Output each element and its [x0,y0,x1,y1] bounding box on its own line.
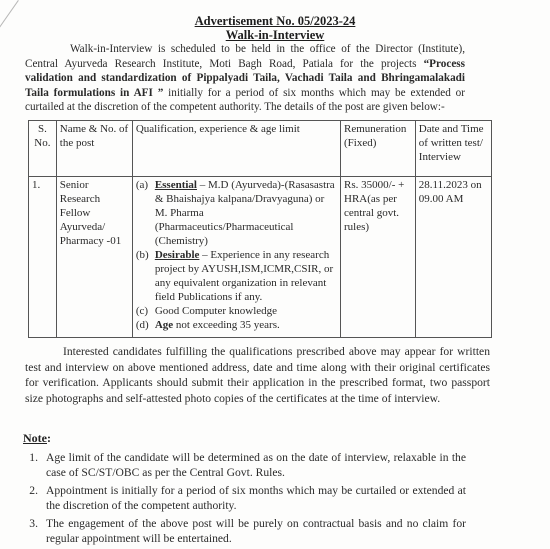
qualification-age: (d) Age not exceeding 35 years. [136,318,337,332]
advertisement-number: Advertisement No. 05/2023-24 [0,14,550,29]
header-post: Name & No. of the post [56,121,132,177]
qualification-label: (a) [136,178,155,248]
table-row: 1. Senior Research Fellow Ayurveda/ Phar… [29,177,492,338]
table-header-row: S. No. Name & No. of the post Qualificat… [29,121,492,177]
note-item: 3.The engagement of the above post will … [16,516,466,546]
cell-post: Senior Research Fellow Ayurveda/ Pharmac… [56,177,132,338]
qualification-label: (b) [136,248,155,304]
qualification-heading: Essential [155,179,197,191]
qualification-essential: (a) Essential – M.D (Ayurveda)-(Rasasast… [136,178,337,248]
cell-remuneration: Rs. 35000/- + HRA(as per central govt. r… [341,177,416,338]
header-sno: S. No. [29,121,57,177]
instructions-text: Interested candidates fulfilling the qua… [25,345,490,405]
qualification-heading: Desirable [155,249,200,261]
note-item: 1.Age limit of the candidate will be det… [16,450,466,480]
qualification-computer: (c) Good Computer knowledge [136,304,337,318]
instructions-paragraph: Interested candidates fulfilling the qua… [25,344,490,406]
qualification-desirable: (b) Desirable – Experience in any resear… [136,248,337,304]
post-details-table: S. No. Name & No. of the post Qualificat… [28,120,492,338]
intro-text-before: Walk-in-Interview is scheduled to be hel… [25,43,465,70]
qualification-text: not exceeding 35 years. [173,319,280,331]
header-qualification: Qualification, experience & age limit [132,121,340,177]
qualification-label: (c) [136,304,155,318]
note-heading: Note: [23,431,51,446]
note-item: 2.Appointment is initially for a period … [16,483,466,513]
intro-paragraph: Walk-in-Interview is scheduled to be hel… [25,42,465,115]
notes-list: 1.Age limit of the candidate will be det… [16,450,466,549]
cell-date-time: 28.11.2023 on 09.00 AM [415,177,491,338]
qualification-heading: Age [155,319,173,331]
qualification-label: (d) [136,318,155,332]
header-remuneration: Remuneration (Fixed) [341,121,416,177]
qualification-text: Good Computer knowledge [155,305,277,317]
document-subtitle: Walk-in-Interview [0,28,550,43]
cell-sno: 1. [29,177,57,338]
header-date-time: Date and Time of written test/ Interview [415,121,491,177]
cell-qualification: (a) Essential – M.D (Ayurveda)-(Rasasast… [132,177,340,338]
